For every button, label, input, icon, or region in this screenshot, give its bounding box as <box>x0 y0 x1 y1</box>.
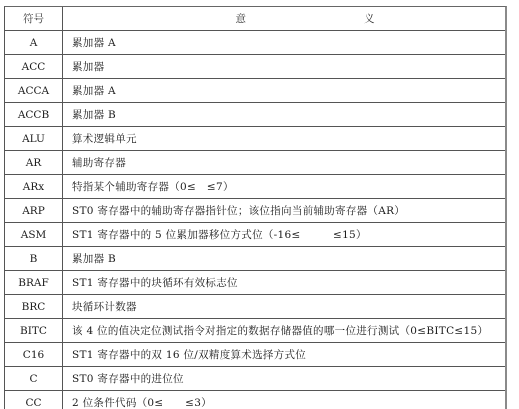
symbol-cell: A <box>5 31 63 54</box>
symbol-cell: AR <box>5 151 63 174</box>
table-row: BRAF ST1 寄存器中的块循环有效标志位 <box>5 271 505 295</box>
symbol-cell: C16 <box>5 343 63 366</box>
table-row: ACCA 累加器 A <box>5 79 505 103</box>
table-row: BITC 该 4 位的值决定位测试指令对指定的数据存储器值的哪一位进行测试（0≤… <box>5 319 505 343</box>
meaning-cell: ST1 寄存器中的双 16 位/双精度算术选择方式位 <box>63 343 505 366</box>
symbol-cell: ARx <box>5 175 63 198</box>
symbol-cell: ACCB <box>5 103 63 126</box>
meaning-cell: ST1 寄存器中的块循环有效标志位 <box>63 271 505 294</box>
meaning-cell: ST0 寄存器中的进位位 <box>63 367 505 390</box>
symbol-cell: BRAF <box>5 271 63 294</box>
table-row: ALU 算术逻辑单元 <box>5 127 505 151</box>
table-row: A 累加器 A <box>5 31 505 55</box>
table-row: CC 2 位条件代码（0≤ ≤3） <box>5 391 505 409</box>
symbol-cell: ACC <box>5 55 63 78</box>
symbol-cell: ACCA <box>5 79 63 102</box>
table-row: ACCB 累加器 B <box>5 103 505 127</box>
table-row: BRC 块循环计数器 <box>5 295 505 319</box>
meaning-cell: 辅助寄存器 <box>63 151 505 174</box>
header-meaning: 意义 <box>63 7 505 30</box>
meaning-cell: 特指某个辅助寄存器（0≤ ≤7） <box>63 175 505 198</box>
symbol-cell: B <box>5 247 63 270</box>
table-row: ASM ST1 寄存器中的 5 位累加器移位方式位（-16≤ ≤15） <box>5 223 505 247</box>
meaning-cell: ST1 寄存器中的 5 位累加器移位方式位（-16≤ ≤15） <box>63 223 505 246</box>
meaning-cell: 块循环计数器 <box>63 295 505 318</box>
meaning-cell: 累加器 <box>63 55 505 78</box>
symbol-cell: C <box>5 367 63 390</box>
symbol-cell: BITC <box>5 319 63 342</box>
meaning-cell: 2 位条件代码（0≤ ≤3） <box>63 391 505 409</box>
table-row: ARP ST0 寄存器中的辅助寄存器指针位；该位指向当前辅助寄存器（AR） <box>5 199 505 223</box>
symbol-cell: ASM <box>5 223 63 246</box>
meaning-cell: 累加器 B <box>63 247 505 270</box>
symbol-definition-table: 符号 意义 A 累加器 A ACC 累加器 ACCA 累加器 A ACCB 累加… <box>4 6 507 409</box>
meaning-cell: 累加器 A <box>63 79 505 102</box>
symbol-cell: CC <box>5 391 63 409</box>
table-row: C16 ST1 寄存器中的双 16 位/双精度算术选择方式位 <box>5 343 505 367</box>
meaning-cell: 累加器 A <box>63 31 505 54</box>
table-row: ACC 累加器 <box>5 55 505 79</box>
table-row: ARx 特指某个辅助寄存器（0≤ ≤7） <box>5 175 505 199</box>
header-symbol: 符号 <box>5 7 63 30</box>
header-meaning-label: 意义 <box>194 11 493 26</box>
meaning-cell: 该 4 位的值决定位测试指令对指定的数据存储器值的哪一位进行测试（0≤BITC≤… <box>63 319 505 342</box>
table-header-row: 符号 意义 <box>5 7 505 31</box>
table-row: AR 辅助寄存器 <box>5 151 505 175</box>
symbol-cell: BRC <box>5 295 63 318</box>
meaning-cell: ST0 寄存器中的辅助寄存器指针位；该位指向当前辅助寄存器（AR） <box>63 199 505 222</box>
meaning-cell: 累加器 B <box>63 103 505 126</box>
table-row: B 累加器 B <box>5 247 505 271</box>
symbol-cell: ARP <box>5 199 63 222</box>
table-row: C ST0 寄存器中的进位位 <box>5 367 505 391</box>
symbol-cell: ALU <box>5 127 63 150</box>
meaning-cell: 算术逻辑单元 <box>63 127 505 150</box>
